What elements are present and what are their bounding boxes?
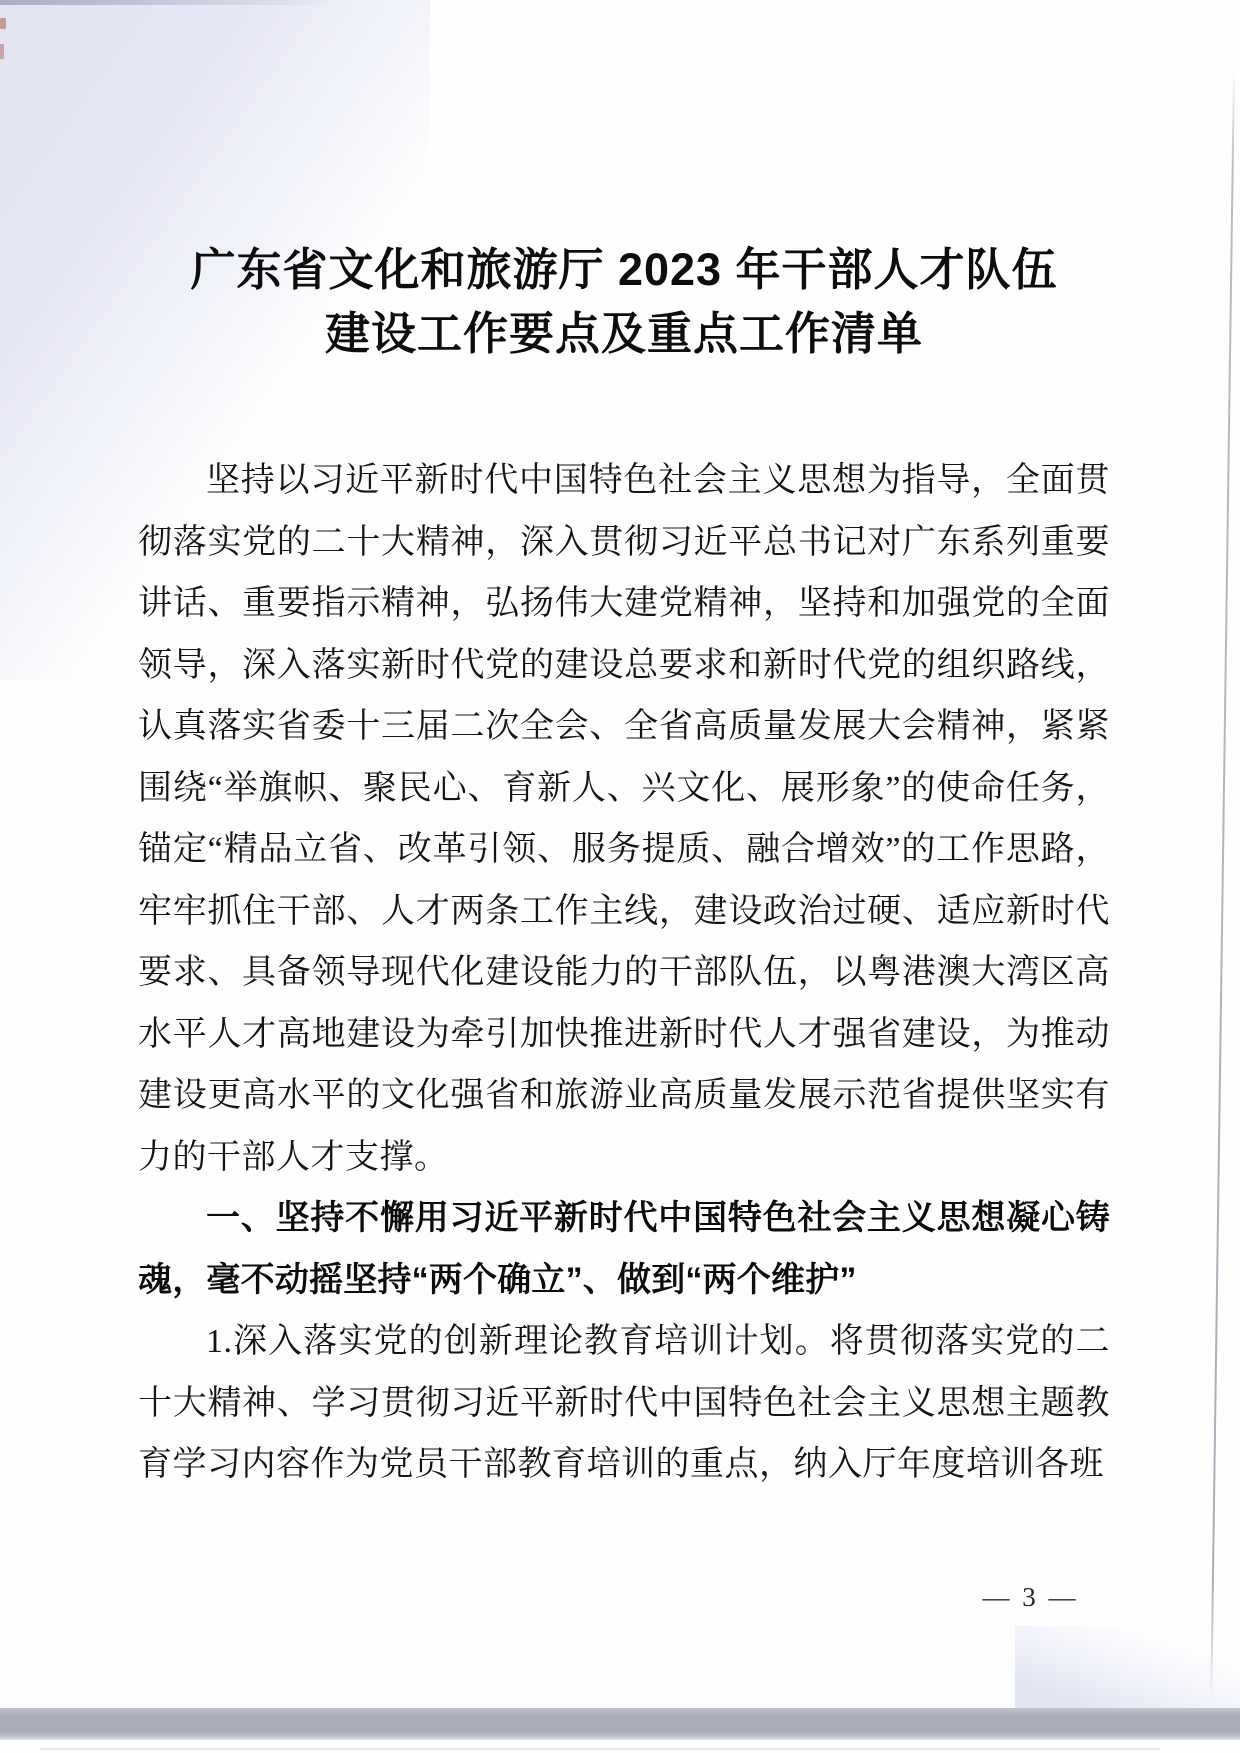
document-title-line-1: 广东省文化和旅游厅 2023 年干部人才队伍 — [138, 238, 1110, 302]
document-title: 广东省文化和旅游厅 2023 年干部人才队伍 建设工作要点及重点工作清单 — [138, 238, 1110, 366]
scan-artifact-bottom-hairline — [40, 1748, 1160, 1750]
document-title-line-2: 建设工作要点及重点工作清单 — [138, 302, 1110, 366]
scan-artifact-bottom-right-shading — [1015, 1626, 1240, 1710]
intro-paragraph: 坚持以习近平新时代中国特色社会主义思想为指导，全面贯彻落实党的二十大精神，深入贯… — [138, 450, 1110, 1188]
document-content: 广东省文化和旅游厅 2023 年干部人才队伍 建设工作要点及重点工作清单 坚持以… — [138, 238, 1110, 1496]
page-number: — 3 — — [948, 1582, 1113, 1613]
section-1-heading: 一、坚持不懈用习近平新时代中国特色社会主义思想凝心铸魂，毫不动摇坚持“两个确立”… — [138, 1188, 1110, 1311]
scan-red-mark — [0, 44, 4, 59]
scan-artifact-top-edge — [0, 0, 335, 5]
item-1-paragraph: 1.深入落实党的创新理论教育培训计划。将贯彻落实党的二十大精神、学习贯彻习近平新… — [138, 1311, 1110, 1496]
scan-artifact-bottom-strip — [0, 1708, 1240, 1740]
scanned-document-page: 广东省文化和旅游厅 2023 年干部人才队伍 建设工作要点及重点工作清单 坚持以… — [0, 0, 1240, 1753]
scan-red-mark — [0, 18, 6, 29]
scan-artifact-page-edge-line — [1210, 70, 1235, 1710]
